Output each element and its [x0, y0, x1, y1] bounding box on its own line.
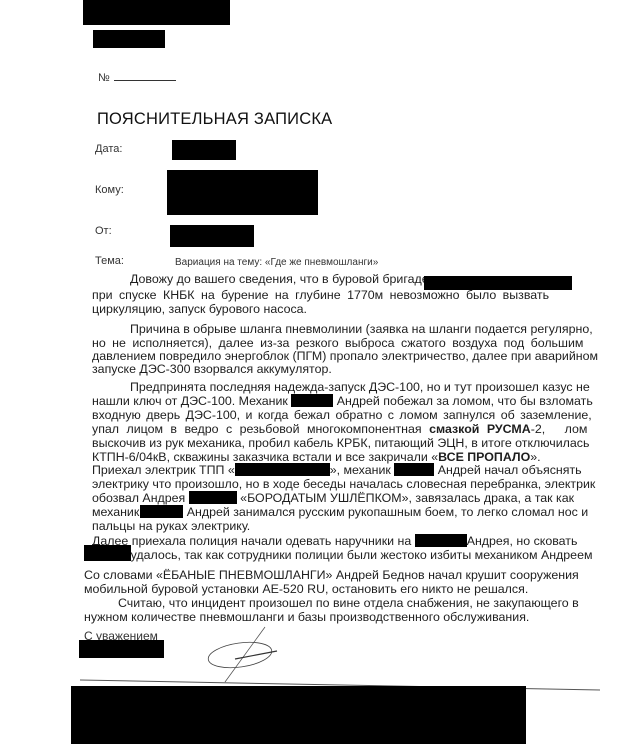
body-line: мобильной буровой установки АЕ-520 RU, о…	[84, 582, 528, 596]
body-line: Со словами «ЁБАНЫЕ ПНЕВМОШЛАНГИ» Андрей …	[84, 568, 579, 582]
subject-value: Вариация на тему: «Где же пневмошланги»	[175, 257, 378, 268]
body-line: запуске ДЭС-300 взорвался аккумулятор.	[92, 362, 332, 376]
body-text: входную дверь ДЭС-100, и когда бежал обр…	[92, 408, 592, 422]
body-text: электрику что произошло, но в ходе бесед…	[92, 477, 595, 491]
body-text: «БОРОДАТЫМ УШЛЁПКОМ», завязалась драка, …	[240, 491, 574, 505]
redacted-date	[172, 140, 236, 160]
exclamation-text: ВСЕ ПРОПАЛО	[438, 450, 530, 464]
body-text: механик	[92, 505, 139, 519]
redacted-header-organization	[83, 0, 230, 25]
body-text: мобильной буровой установки АЕ-520 RU, о…	[84, 582, 528, 596]
number-blank-line	[114, 70, 176, 81]
document-title: ПОЯСНИТЕЛЬНАЯ ЗАПИСКА	[97, 110, 332, 129]
body-text: Причина в обрыве шланга пневмолинии (зая…	[130, 322, 593, 336]
body-text: но не исполняется), далее из-за резкого …	[92, 336, 583, 350]
body-line: Далее приехала полиция начали одевать на…	[92, 534, 577, 548]
body-text: Приехал электрик ТПП «	[92, 463, 235, 477]
signature-icon	[195, 625, 295, 685]
body-line: Предпринята последняя надежда-запуск ДЭС…	[130, 380, 590, 394]
body-text: Андрей начал объяснять	[438, 463, 582, 477]
body-text: », механик	[330, 463, 391, 477]
body-text: Далее приехала полиция начали одевать на…	[92, 534, 411, 548]
redacted-mechanic-surname	[394, 463, 434, 476]
body-text: Предпринята последняя надежда-запуск ДЭС…	[130, 380, 590, 394]
redacted-mechanic-surname	[189, 491, 237, 504]
body-line: нашли ключ от ДЭС-100. Механик Андрей по…	[92, 394, 593, 408]
body-text: запуске ДЭС-300 взорвался аккумулятор.	[92, 362, 332, 376]
body-text: ».	[530, 450, 540, 464]
body-text: циркуляцию, запуск бурового насоса.	[92, 302, 307, 316]
redacted-mechanic-surname	[415, 534, 467, 547]
redacted-mechanic-surname	[140, 505, 183, 518]
body-text: при спуске КНБК на бурение на глубине 17…	[92, 288, 549, 302]
body-line: при спуске КНБК на бурение на глубине 17…	[92, 288, 572, 302]
body-line: но не исполняется), далее из-за резкого …	[92, 336, 583, 350]
number-label: №	[98, 72, 110, 84]
body-line: давлением повредило энергоблок (ПГМ) про…	[92, 349, 598, 363]
redacted-signatory-name	[79, 640, 164, 658]
body-line: КТПН-6/04кВ, скважины заказчика встали и…	[92, 450, 541, 464]
redacted-header-subtitle	[93, 30, 165, 48]
body-line: выскочив из рук механика, пробил кабель …	[92, 436, 589, 450]
body-text: обозвал Андрея	[92, 491, 185, 505]
body-line: Довожу до вашего сведения, что в буровой…	[130, 272, 429, 286]
body-text: Со словами «ЁБАНЫЕ ПНЕВМОШЛАНГИ» Андрей …	[84, 568, 579, 582]
body-text: давлением повредило энергоблок (ПГМ) про…	[92, 349, 598, 363]
body-text: -2,	[531, 422, 545, 436]
body-text: пальцы на руках электрику.	[92, 519, 250, 533]
body-line: циркуляцию, запуск бурового насоса.	[92, 302, 307, 316]
redacted-recipient	[167, 170, 318, 215]
body-text: нужном количестве пневмошланги и базы пр…	[84, 610, 529, 624]
body-line: Считаю, что инцидент произошел по вине о…	[118, 596, 579, 610]
redacted-mechanic-surname	[291, 394, 333, 407]
body-line: пальцы на руках электрику.	[92, 519, 250, 533]
body-text: лом	[565, 422, 588, 436]
body-text: его не удалось, так как сотрудники полиц…	[92, 548, 592, 562]
body-text: Андрей побежал за ломом, что бы взломать	[337, 394, 593, 408]
redacted-footer	[71, 686, 526, 744]
body-line: упал лицом в ведро с резьбовой многокомп…	[92, 422, 587, 436]
body-line: электрику что произошло, но в ходе бесед…	[92, 477, 595, 491]
date-label: Дата:	[95, 143, 122, 155]
body-text: Андрей занимался русским рукопашным боем…	[187, 505, 588, 519]
body-text: Андрея, но сковать	[467, 534, 578, 548]
body-line: Приехал электрик ТПП «», механик Андрей …	[92, 463, 582, 477]
redacted-sender	[170, 225, 254, 247]
from-label: От:	[95, 225, 112, 237]
body-text: нашли ключ от ДЭС-100. Механик	[92, 394, 288, 408]
subject-label: Тема:	[95, 255, 124, 267]
body-line: обозвал Андрея «БОРОДАТЫМ УШЛЁПКОМ», зав…	[92, 491, 574, 505]
body-text: КТПН-6/04кВ, скважины заказчика встали и…	[92, 450, 438, 464]
to-label: Кому:	[95, 184, 124, 196]
lubricant-name: смазкой РУСМА	[429, 422, 531, 436]
body-line: Причина в обрыве шланга пневмолинии (зая…	[130, 322, 593, 336]
body-line: его не удалось, так как сотрудники полиц…	[92, 548, 592, 562]
body-line: механик Андрей занимался русским рукопаш…	[92, 505, 588, 519]
body-text: упал лицом в ведро с резьбовой многокомп…	[92, 422, 422, 436]
body-line: нужном количестве пневмошланги и базы пр…	[84, 610, 529, 624]
redacted-company	[235, 463, 330, 476]
document-number-field: №	[98, 70, 176, 84]
body-text: Довожу до вашего сведения, что в буровой…	[130, 272, 429, 286]
body-line: входную дверь ДЭС-100, и когда бежал обр…	[92, 408, 592, 422]
body-text: Считаю, что инцидент произошел по вине о…	[118, 596, 579, 610]
redacted-mechanic-surname	[84, 545, 131, 561]
body-text: выскочив из рук механика, пробил кабель …	[92, 436, 589, 450]
